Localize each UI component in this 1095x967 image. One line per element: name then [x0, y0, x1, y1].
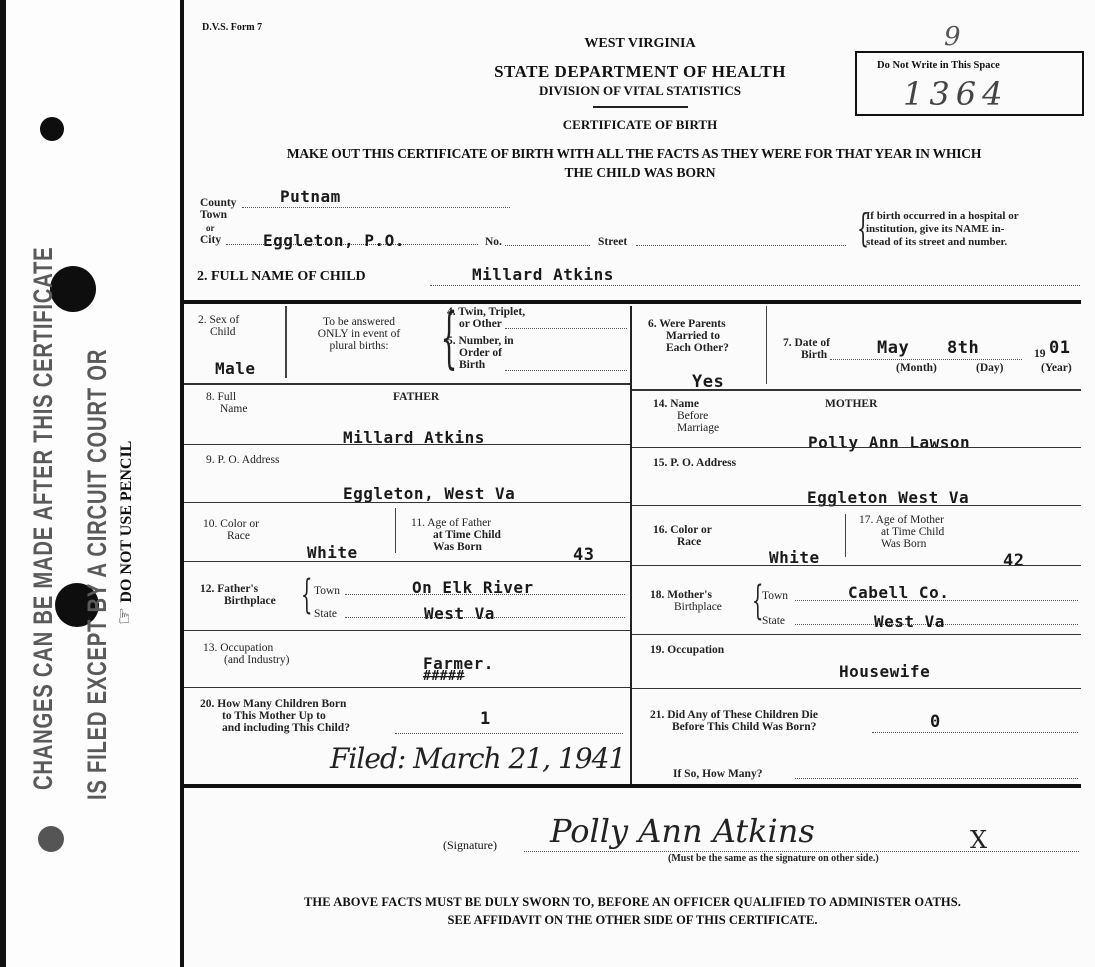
mother-occupation-label: 19. Occupation — [650, 644, 724, 656]
father-birthplace-label: 12. Father's Birthplace — [200, 583, 276, 607]
sex-label: 2. Sex of Child — [198, 314, 239, 338]
father-section-title: FATHER — [393, 391, 439, 403]
father-occupation-label: 13. Occupation (and Industry) — [203, 642, 289, 666]
mother-town-label: Town — [762, 590, 788, 602]
signature-line — [524, 851, 1079, 852]
signature-field[interactable]: Polly Ann Atkins — [550, 812, 815, 850]
father-state-label: State — [314, 608, 337, 620]
father-town-field[interactable]: On Elk River — [412, 578, 534, 597]
hospital-note: If birth occurred in a hospital or insti… — [866, 210, 1019, 249]
sex-field[interactable]: Male — [215, 359, 256, 378]
dob-month-field[interactable]: May — [877, 338, 909, 358]
father-address-label: 9. P. O. Address — [206, 454, 279, 466]
father-race-label: 10. Color or Race — [203, 518, 259, 542]
column-divider — [395, 508, 396, 553]
county-label: County — [200, 197, 236, 209]
number-label: No. — [485, 236, 502, 248]
instruction-line-2: THE CHILD WAS BORN — [380, 165, 900, 181]
center-divider — [630, 306, 632, 786]
parents-married-label: 6. Were Parents Married to Each Other? — [648, 318, 729, 354]
handwritten-annotation: 9 — [944, 22, 961, 52]
stub-stamp-line-1: CHANGES CAN BE MADE AFTER THIS CERTIFICA… — [28, 65, 59, 790]
child-name-field[interactable]: Millard Atkins — [472, 265, 614, 284]
mother-name-field[interactable]: Polly Ann Lawson — [808, 433, 970, 452]
instruction-line-1: MAKE OUT THIS CERTIFICATE OF BIRTH WITH … — [184, 146, 1084, 162]
twin-label: 4. Twin, Triplet, or Other — [447, 306, 525, 330]
footer-line-1: THE ABOVE FACTS MUST BE DULY SWORN TO, B… — [184, 895, 1081, 910]
twin-field[interactable] — [505, 328, 627, 329]
office-use-box: Do Not Write in This Space 1364 — [855, 51, 1084, 116]
father-town-label: Town — [314, 585, 340, 597]
how-many-label: If So, How Many? — [673, 768, 762, 780]
row-rule — [632, 688, 1081, 689]
month-caption: (Month) — [896, 362, 937, 374]
father-race-field[interactable]: White — [307, 543, 358, 562]
column-divider — [285, 306, 287, 378]
row-rule — [184, 687, 630, 688]
signature-mark: X — [970, 826, 987, 854]
dob-year-field[interactable]: 01 — [1049, 338, 1070, 358]
date-of-birth-label: 7. Date of Birth — [783, 337, 830, 361]
street-line[interactable] — [636, 245, 846, 246]
children-born-line — [395, 733, 623, 734]
row-rule — [184, 561, 630, 562]
signature-label: (Signature) — [443, 838, 497, 853]
father-name-label: 8. Full Name — [206, 391, 247, 415]
pointing-hand-icon: ☞ — [114, 607, 136, 625]
number-line[interactable] — [505, 245, 590, 246]
certificate-title: CERTIFICATE OF BIRTH — [380, 117, 900, 133]
order-label: 5. Number, in Order of Birth — [447, 335, 514, 371]
row-rule — [184, 502, 630, 503]
mother-town-field[interactable]: Cabell Co. — [848, 583, 949, 602]
row-rule — [632, 565, 1081, 566]
mother-race-label: 16. Color or Race — [653, 524, 712, 548]
section-rule — [184, 300, 1081, 304]
mother-address-label: 15. P. O. Address — [653, 457, 736, 469]
filed-date-note: Filed: March 21, 1941 — [330, 742, 625, 775]
row-rule — [184, 444, 630, 445]
city-label: City — [200, 234, 221, 246]
mother-state-field[interactable]: West Va — [874, 612, 945, 631]
father-state-field[interactable]: West Va — [424, 604, 495, 623]
column-divider — [845, 514, 846, 557]
mother-name-label: 14. Name Before Marriage — [653, 398, 719, 434]
child-name-label: 2. FULL NAME OF CHILD — [197, 269, 366, 285]
signature-note: (Must be the same as the signature on ot… — [668, 853, 879, 865]
father-age-field[interactable]: 43 — [573, 545, 594, 565]
department-heading: STATE DEPARTMENT OF HEALTH — [380, 62, 900, 82]
town-field[interactable]: Eggleton, P.O. — [263, 231, 405, 250]
father-address-field[interactable]: Eggleton, West Va — [343, 484, 515, 503]
punch-hole — [38, 826, 64, 852]
children-born-label: 20. How Many Children Born to This Mothe… — [200, 698, 350, 734]
plural-births-note: To be answered ONLY in event of plural b… — [300, 316, 418, 352]
mother-section-title: MOTHER — [825, 398, 877, 410]
county-line — [242, 207, 510, 208]
form-number: D.V.S. Form 7 — [202, 22, 262, 33]
mother-birthplace-label: 18. Mother's Birthplace — [650, 589, 722, 613]
mother-occupation-field[interactable]: Housewife — [839, 662, 930, 681]
registration-number: 1364 — [903, 75, 1008, 113]
pencil-warning: ☞ DO NOT USE PENCIL — [112, 441, 137, 625]
row-rule — [184, 383, 630, 385]
county-field[interactable]: Putnam — [280, 187, 341, 206]
column-divider — [766, 306, 767, 384]
dob-century: 19 — [1034, 348, 1046, 360]
section-rule — [184, 784, 1081, 788]
row-rule — [632, 505, 1081, 506]
birth-order-field[interactable] — [505, 370, 627, 371]
mother-state-label: State — [762, 615, 785, 627]
row-rule — [632, 389, 1081, 391]
dob-day-field[interactable]: 8th — [947, 338, 979, 358]
office-use-label: Do Not Write in This Space — [877, 60, 1000, 71]
struck-out-text: ##### — [423, 669, 465, 684]
dob-line — [830, 359, 1022, 360]
row-rule — [632, 447, 1081, 448]
state-heading: WEST VIRGINIA — [380, 36, 900, 52]
street-label: Street — [598, 236, 627, 248]
children-born-field[interactable]: 1 — [480, 709, 491, 729]
children-died-label: 21. Did Any of These Children Die Before… — [650, 709, 818, 733]
child-name-line — [430, 285, 1080, 286]
header-rule — [593, 106, 688, 108]
town-label-or: or — [206, 222, 215, 234]
father-age-label: 11. Age of Father at Time Child Was Born — [411, 517, 501, 553]
footer-line-2: SEE AFFIDAVIT ON THE OTHER SIDE OF THIS … — [184, 913, 1081, 928]
how-many-field[interactable] — [795, 778, 1078, 779]
brace: { — [301, 572, 312, 618]
children-died-line — [872, 732, 1078, 733]
division-heading: DIVISION OF VITAL STATISTICS — [380, 83, 900, 99]
row-rule — [632, 634, 1081, 635]
stub-stamp-line-2: IS FILED EXCEPT BY A CIRCUIT COURT OR — [82, 198, 113, 800]
year-caption: (Year) — [1041, 362, 1072, 374]
mother-age-label: 17. Age of Mother at Time Child Was Born — [859, 514, 944, 550]
day-caption: (Day) — [976, 362, 1003, 374]
mother-age-field[interactable]: 42 — [1003, 551, 1024, 571]
children-died-field[interactable]: 0 — [930, 712, 941, 732]
row-rule — [184, 630, 630, 631]
town-label: Town — [200, 209, 227, 221]
